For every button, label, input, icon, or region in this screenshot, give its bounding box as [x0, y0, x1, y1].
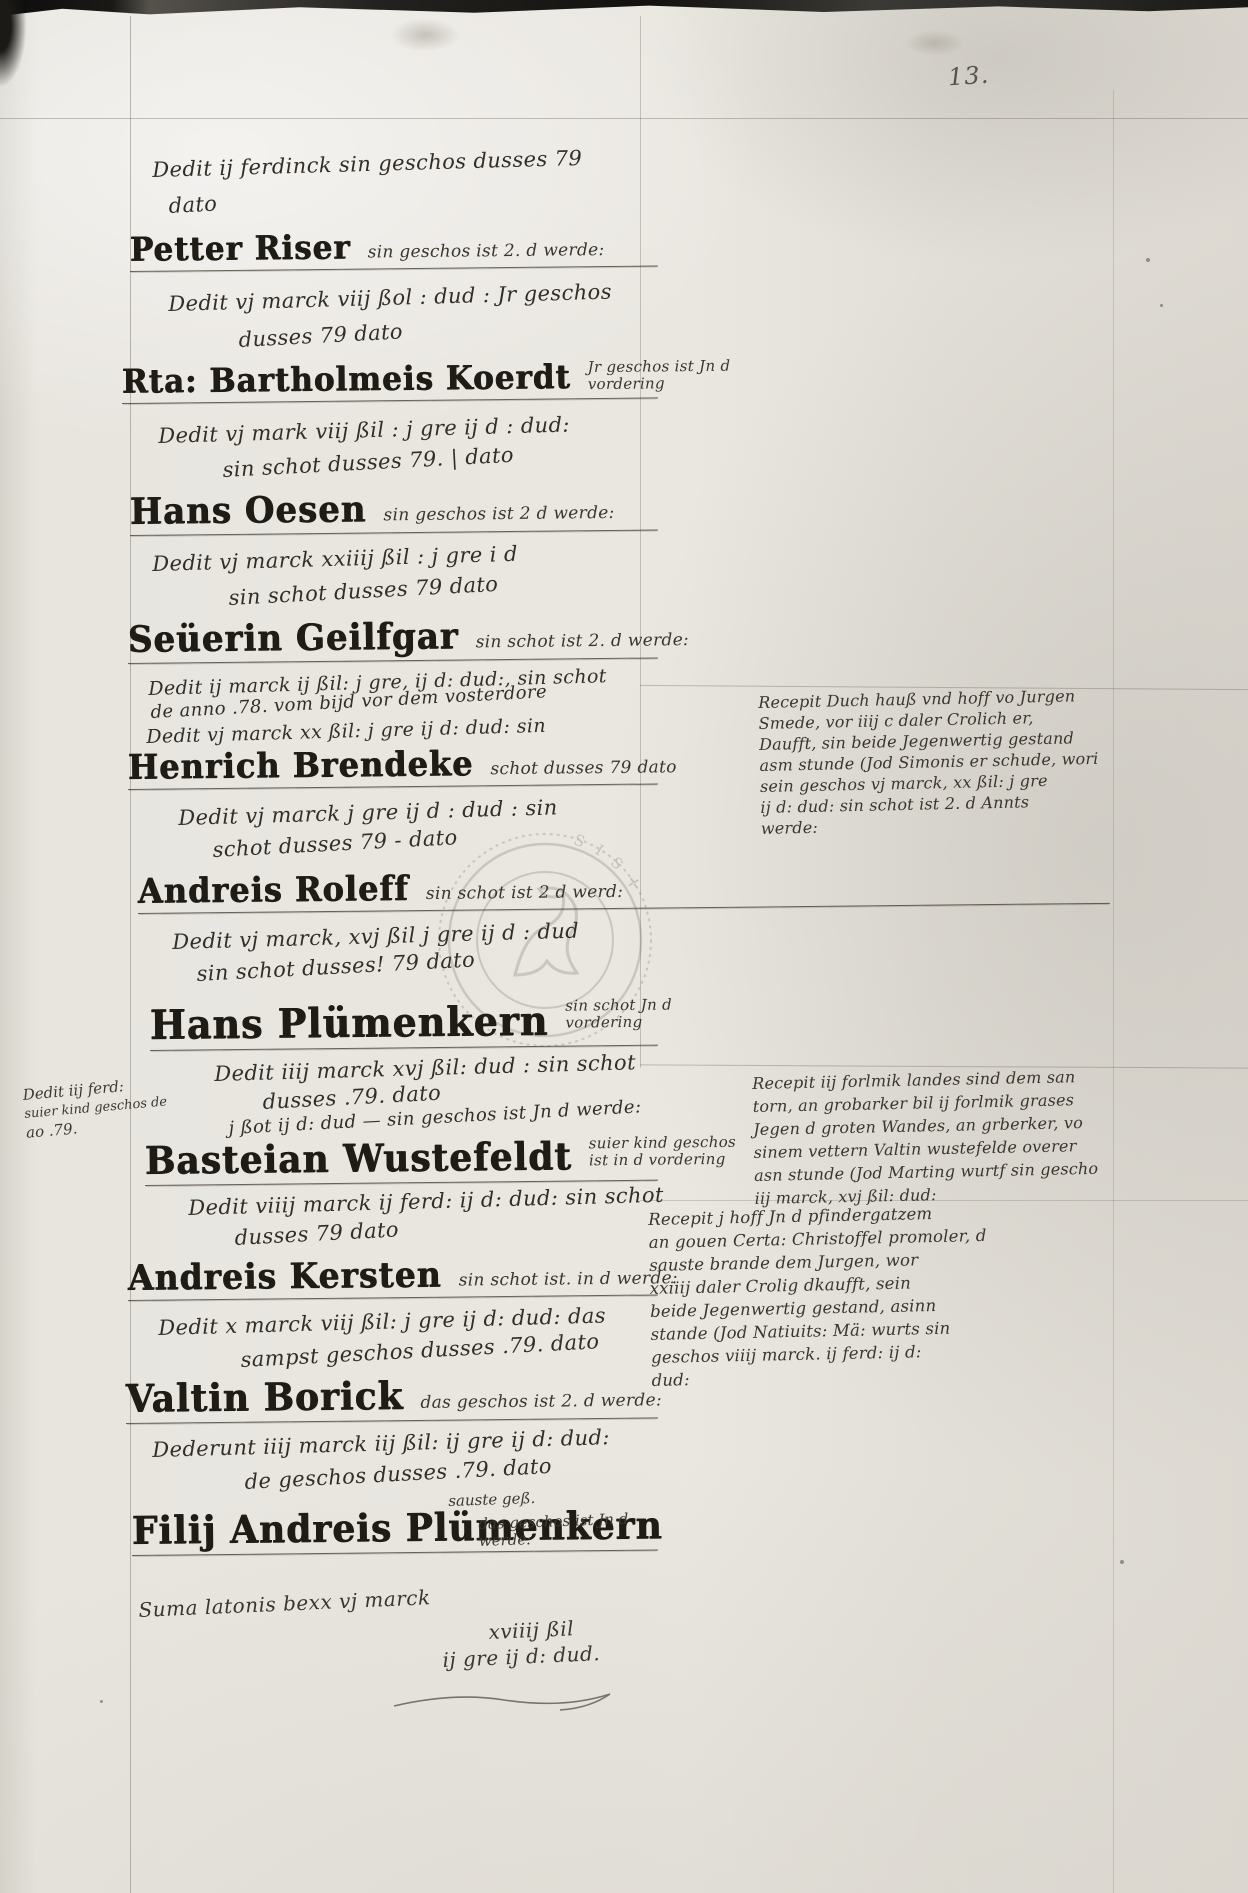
stain: [905, 30, 965, 56]
entry-heading-tail: das geschos ist Jn d werde:: [478, 1510, 659, 1550]
entry-heading-hans-oesen: Hans Oesen sin geschos ist 2 d werde:: [130, 486, 658, 536]
entry-heading-tail: sin schot ist 2. d werde:: [476, 630, 690, 652]
torn-top-edge: [0, 0, 1248, 16]
top-fold-crease: [0, 118, 1248, 119]
entry-heading-basteian-wustefeldt: Basteian Wustefeldt suier kind geschos i…: [145, 1135, 658, 1186]
entry-name: Andreis Kersten: [128, 1254, 442, 1299]
dedit-line: Dedit vj marck xxiiij ßil : j gre i d: [152, 542, 518, 576]
entry-heading-seuerin-geilfgar: Seüerin Geilfgar sin schot ist 2. d werd…: [128, 614, 658, 664]
entry-heading-tail: sin geschos ist 2. d werde:: [368, 240, 605, 262]
side-note-1: Recepit Duch hauß vnd hoff vo Jurgen Sme…: [758, 685, 1100, 839]
speck: [1160, 304, 1163, 307]
stain: [390, 18, 460, 52]
footer-summary-line: Suma latonis bexx vj marck: [138, 1585, 431, 1622]
footer-summary-line: ij gre ij d: dud.: [442, 1641, 601, 1672]
entry-heading-petter-riser: Petter Riser sin geschos ist 2. d werde:: [130, 226, 658, 272]
entry-name: Hans Plümenkern: [149, 996, 548, 1048]
entry-name: Seüerin Geilfgar: [128, 615, 459, 661]
entry-heading-tail: suier kind geschos ist in d vordering: [589, 1134, 749, 1170]
footer-summary-line: xviiij ßil: [488, 1616, 574, 1644]
entry-name: Valtin Borick: [126, 1374, 404, 1421]
right-margin-crease: [1113, 90, 1114, 1893]
speck: [1120, 1560, 1124, 1564]
entry-heading-tail: das geschos ist 2. d werde:: [420, 1390, 662, 1413]
entry-name: Andreis Roleff: [138, 868, 409, 911]
entry-heading-valtin-borick: Valtin Borick das geschos ist 2. d werde…: [126, 1372, 658, 1424]
dedit-line: sin schot dusses 79. | dato: [222, 443, 514, 482]
entry-heading-hans-plumenkern: Hans Plümenkern sin schot Jn d vordering: [149, 997, 657, 1051]
left-margin-crease: [130, 16, 131, 1893]
entry-heading-tail: sin schot ist 2 d werd:: [426, 882, 624, 904]
entry-name: Hans Oesen: [130, 488, 367, 533]
entry-heading-tail: schot dusses 79 dato: [490, 757, 676, 779]
entry-name: Rta: Bartholmeis Koerdt: [122, 358, 571, 401]
entry-heading-tail: sin schot Jn d vordering: [565, 996, 725, 1032]
manuscript-page: 13. S I S ✛ Dedit ij ferdinck sin gescho…: [0, 0, 1248, 1893]
entry-name: Basteian Wustefeldt: [145, 1134, 573, 1183]
dedit-line: de geschos dusses .79. dato: [244, 1454, 552, 1494]
dedit-line: schot dusses 79 - dato: [212, 825, 458, 862]
dedit-line: Dedit vj marck viij ßol : dud : Jr gesch…: [168, 280, 612, 316]
entry-heading-tail: Jr geschos ist Jn d vordering: [588, 357, 748, 393]
entry-heading-henrich-brendeke: Henrich Brendeke schot dusses 79 dato: [128, 742, 658, 790]
speck: [1146, 258, 1150, 262]
dedit-line: dusses 79 dato: [234, 1217, 399, 1250]
speck: [100, 1700, 103, 1703]
flourish-line: [392, 1688, 612, 1714]
entry-heading-bartholmeis-koerdt: Rta: Bartholmeis Koerdt Jr geschos ist J…: [122, 358, 658, 404]
dedit-line: Dedit ij ferdinck sin geschos dusses 79: [152, 146, 582, 182]
dedit-line: dato: [168, 191, 218, 218]
entry-name: Henrich Brendeke: [128, 743, 474, 787]
corner-ink-blob: [0, 0, 26, 86]
side-note-3: Recepit j hoff Jn d pfindergatzem an gou…: [648, 1201, 990, 1392]
margin-note: Dedit iij ferd: suier kind geschos de ao…: [22, 1074, 170, 1143]
dedit-line: sin schot dusses 79 dato: [228, 572, 499, 610]
entry-heading-tail: sin schot ist. in d werde:: [459, 1268, 678, 1290]
page-number: 13.: [947, 61, 990, 92]
entry-name: Petter Riser: [130, 229, 351, 269]
entry-heading-andreis-roleff: Andreis Roleff sin schot ist 2 d werd:: [138, 862, 1110, 914]
dedit-line: Dedit viiij marck ij ferd: ij d: dud: si…: [188, 1183, 664, 1220]
entry-heading-andreis-kersten: Andreis Kersten sin schot ist. in d werd…: [128, 1252, 658, 1301]
dedit-line: dusses 79 dato: [238, 319, 403, 352]
side-note-2: Recepit iij forlmik landes sind dem san …: [752, 1065, 1099, 1210]
entry-heading-tail: sin geschos ist 2 d werde:: [383, 503, 614, 525]
